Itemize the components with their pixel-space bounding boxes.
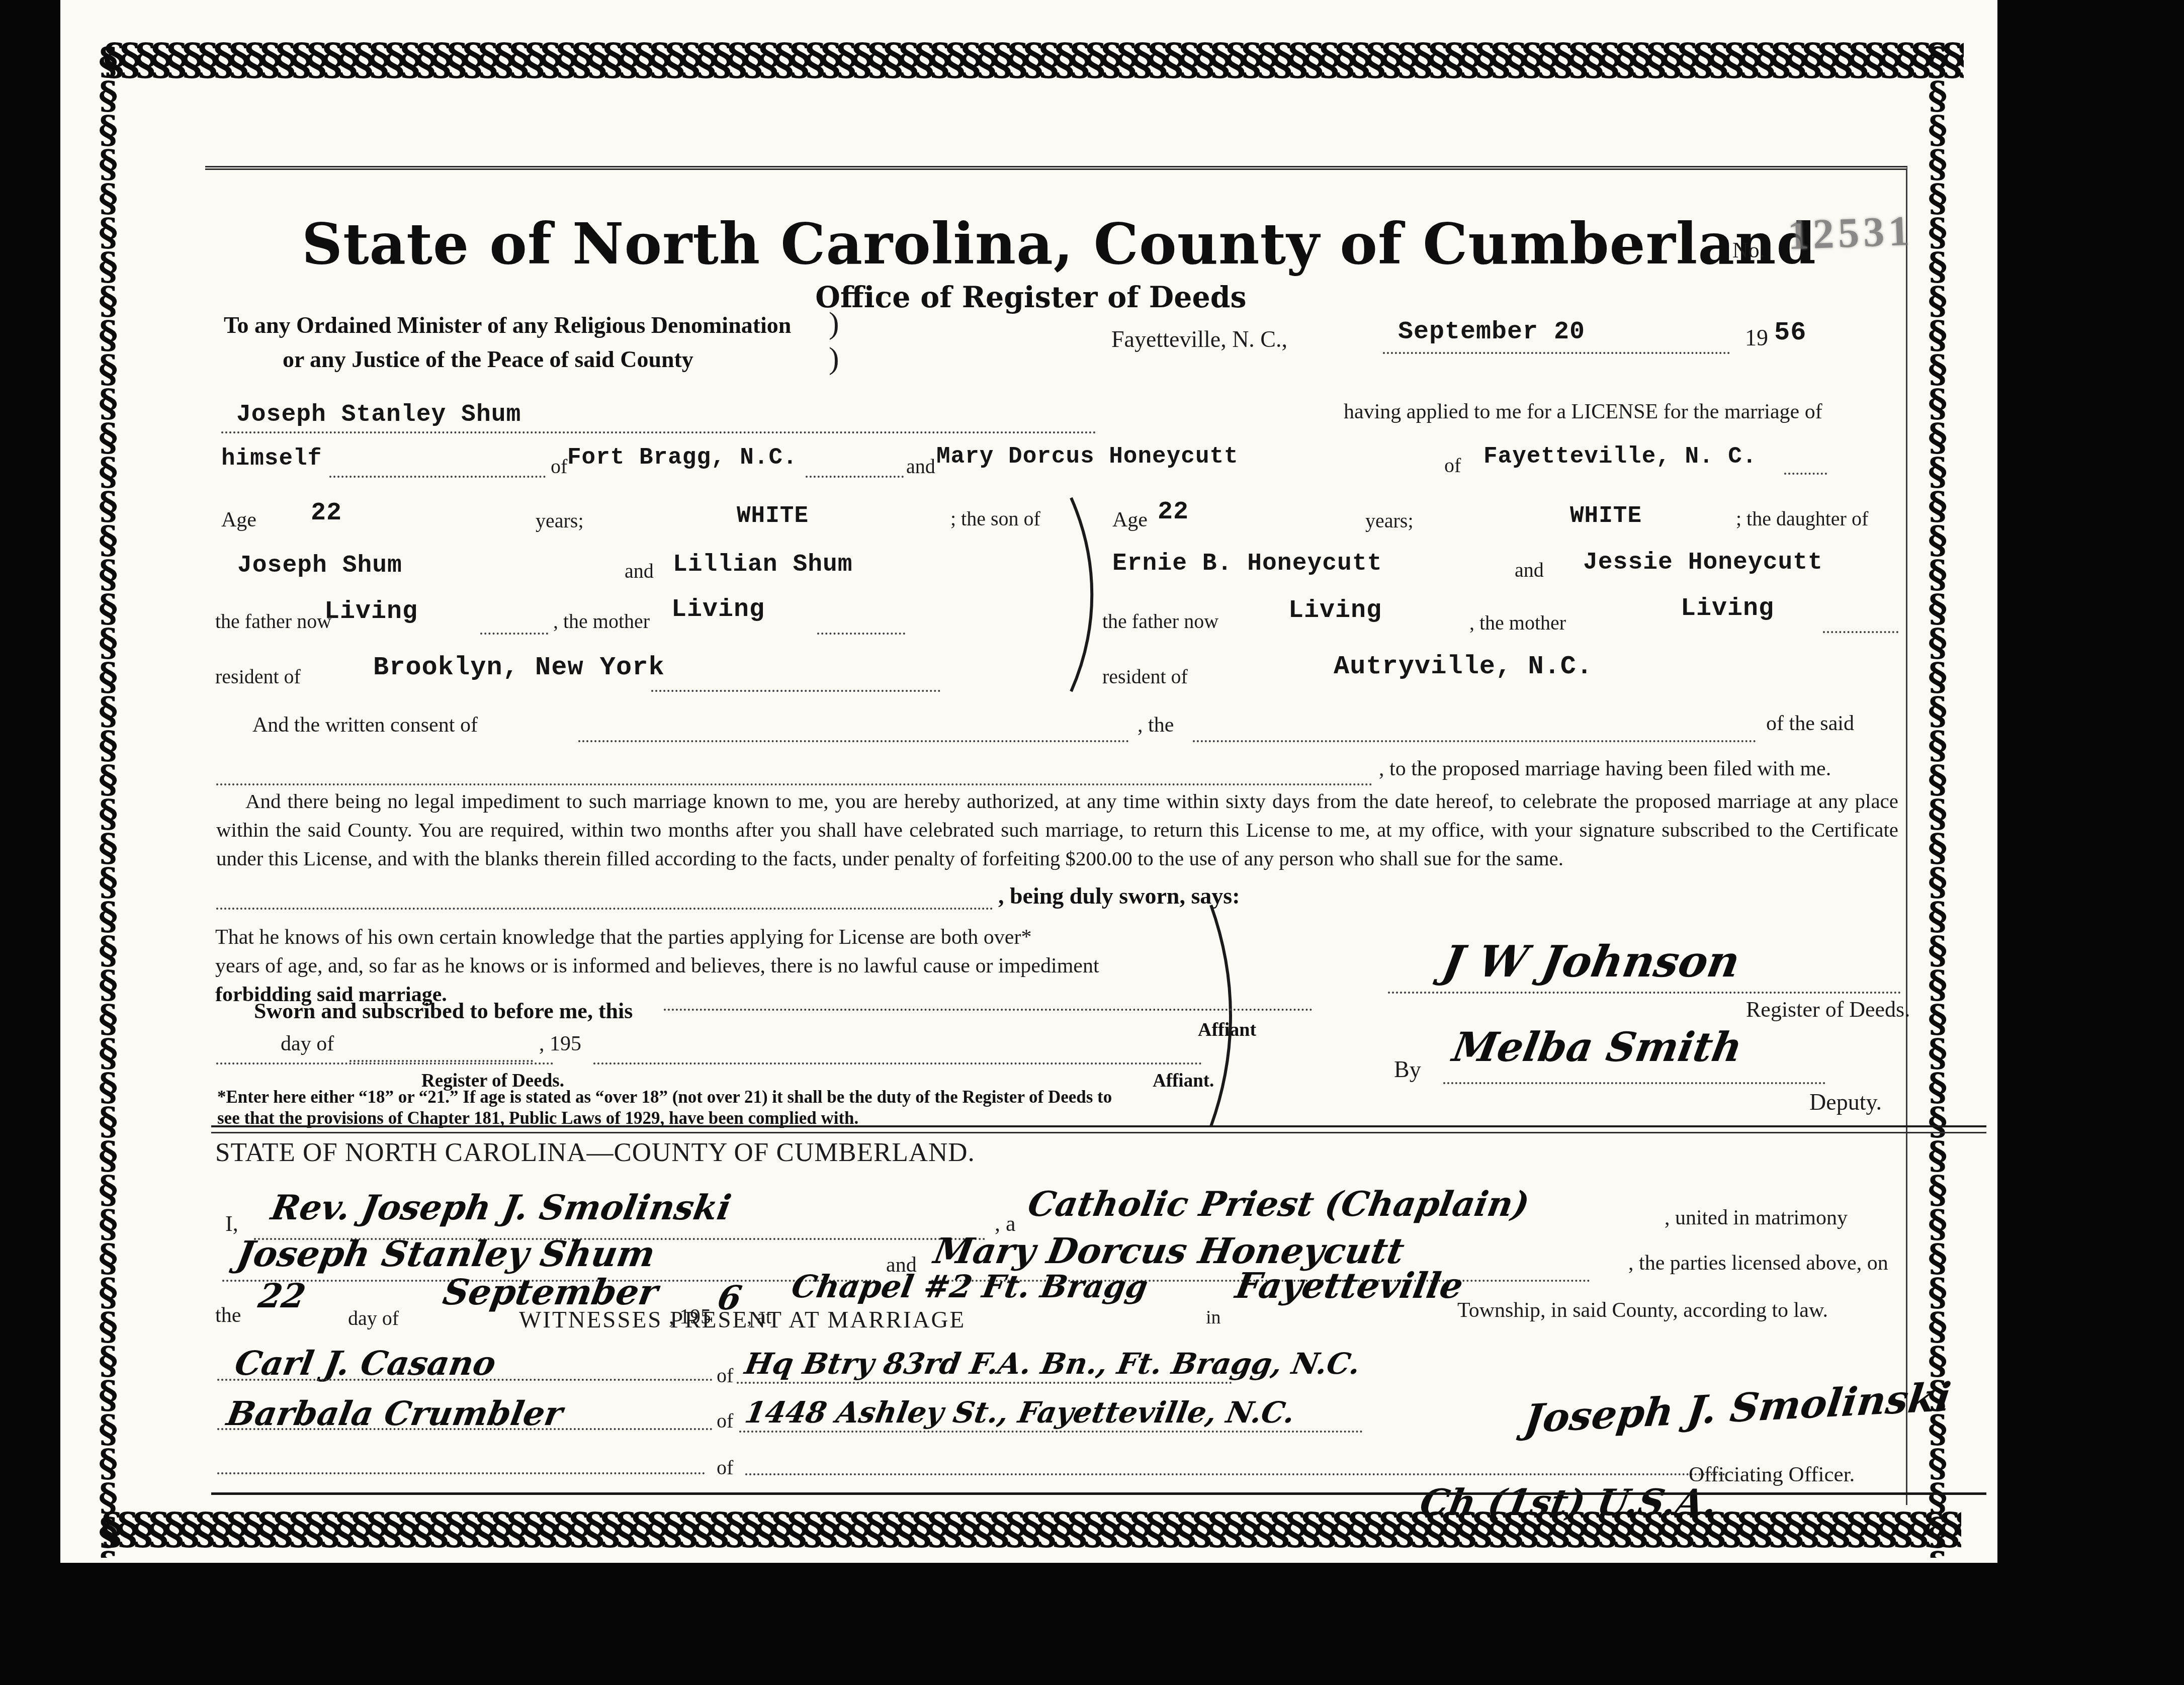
dotted-line [1388,992,1901,994]
affidavit-line2: years of age, and, so far as he knows or… [215,954,1099,978]
bride-mother-label: , the mother [1469,611,1566,635]
bride-father-now-label: the father now [1102,609,1218,633]
register-title-label: Register of Deeds. [1746,997,1910,1022]
township-label: Township, in said County, according to l… [1457,1298,1828,1322]
affidavit-brace [1207,903,1242,1129]
cert-day-of-label: day of [348,1306,399,1330]
affiant-label-2: Affiant. [1153,1070,1214,1092]
border-ornament-right: §§§§§§§§§§§§§§§§§§§§§§§§§§§§§§§§§§§§§§§§… [1910,40,1956,1558]
township-handwritten: Fayetteville [1233,1265,1466,1306]
bride-race: WHITE [1570,503,1642,529]
dotted-line [217,1379,713,1381]
dotted-line [216,1062,553,1065]
dotted-line [739,1431,1363,1433]
groom-father-name: Joseph Shum [237,552,402,579]
applicant-name: Joseph Stanley Shum [236,401,521,428]
issue-year-printed: 19 [1745,324,1768,351]
witness2-address-handwritten: 1448 Ashley St., Fayetteville, N.C. [742,1395,1297,1430]
groom-race: WHITE [737,503,809,529]
officiant-name-handwritten: Rev. Joseph J. Smolinski [268,1188,734,1228]
dotted-line [806,476,904,478]
brace-mark-2: ) [829,341,839,377]
dotted-line [817,633,905,635]
dotted-line [578,740,1129,742]
brace-mark-1: ) [829,306,839,341]
day-of-label: day of [281,1032,334,1056]
addressee-line2: or any Justice of the Peace of said Coun… [283,346,693,373]
groom-mother-name: Lillian Shum [673,551,853,578]
dotted-line [1383,352,1730,354]
certificate-heading: STATE OF NORTH CAROLINA—COUNTY OF CUMBER… [215,1137,975,1168]
groom-relation-label: ; the son of [950,507,1040,530]
groom-residence: Brooklyn, New York [373,653,665,682]
dotted-line [1193,740,1756,742]
groom-years-label: years; [536,509,584,533]
column-divider-brace [1066,495,1106,694]
groom-mother-label: , the mother [553,609,650,633]
affidavit-line1: That he knows of his own certain knowled… [215,925,1032,949]
groom-resident-label: resident of [215,665,301,688]
issue-date-monthday: September 20 [1398,318,1585,346]
bride-years-label: years; [1365,509,1414,533]
bride-age-label: Age [1112,508,1148,532]
dotted-line [350,1060,533,1062]
dotted-line [745,1473,1726,1475]
groom-father-status: Living [324,597,418,626]
deputy-label: Deputy. [1809,1089,1882,1115]
groom-and-label: and [625,559,654,583]
bride-residence: Autryville, N.C. [1334,652,1593,681]
border-ornament-left: §§§§§§§§§§§§§§§§§§§§§§§§§§§§§§§§§§§§§§§§… [80,40,127,1558]
marriage-day-handwritten: 22 [255,1276,309,1315]
footnote-line1: *Enter here either “18” or “21.” If age … [217,1086,1112,1108]
dotted-line [1443,1082,1825,1084]
the-label: the [215,1303,241,1327]
party1-name: himself [221,446,322,472]
witness1-name-handwritten: Carl J. Casano [232,1344,499,1383]
dotted-line [593,1062,1202,1065]
in-label: in [1206,1306,1221,1328]
dotted-line [329,476,546,478]
license-number-label: No. [1732,237,1765,263]
dotted-line [1823,631,1898,633]
office-subtitle: Office of Register of Deeds [679,281,1383,314]
bride-father-status: Living [1288,596,1382,625]
groom-age-label: Age [221,508,256,532]
groom-father-now-label: the father now [215,609,331,633]
bride-age: 22 [1158,498,1189,526]
bride-and-label: and [1515,558,1544,582]
sworn-says-label: , being duly sworn, says: [998,882,1240,909]
officiant-unit-handwritten: Ch (1st) U.S.A. [1417,1481,1720,1524]
section-divider-rule [211,1125,1986,1133]
dotted-line [217,1472,705,1474]
page-title: State of North Carolina, County of Cumbe… [302,211,1690,277]
affiant-label-1: Affiant [1198,1019,1256,1041]
dotted-line [480,633,548,635]
bride-relation-label: ; the daughter of [1736,507,1868,530]
bride-mother-name: Jessie Honeycutt [1583,549,1823,576]
groom-mother-status: Living [671,595,765,624]
witness3-of-label: of [717,1456,733,1479]
consent-mid: , the [1138,713,1174,737]
party1-place: Fort Bragg, N.C. [567,445,798,471]
authorization-paragraph: And there being no legal impediment to s… [216,787,1898,873]
bride-resident-label: resident of [1102,665,1188,688]
sworn-before-label: Sworn and subscribed to before me, this [254,998,633,1024]
party2-place: Fayetteville, N. C. [1483,444,1757,470]
witnesses-heading: WITNESSES PRESENT AT MARRIAGE [519,1306,966,1334]
deputy-signature: Melba Smith [1449,1023,1746,1071]
dotted-line [737,1382,1232,1384]
bride-mother-status: Living [1681,594,1774,623]
register-signature: J W Johnson [1439,936,1743,987]
issue-place: Fayetteville, N. C., [1111,326,1287,352]
issue-year-typed: 56 [1774,318,1806,347]
bottom-rule [211,1492,1986,1495]
parties-label: , the parties licensed above, on [1628,1251,1888,1275]
bride-father-name: Ernie B. Honeycutt [1112,550,1382,577]
dotted-line [216,908,993,910]
dotted-line [651,690,940,692]
border-ornament-top: §§§§§§§§§§§§§§§§§§§§§§§§§§§§§§§§§§§§§§§§… [103,38,1964,82]
dotted-line [664,1009,1313,1011]
marriage-place-handwritten: Chapel #2 Ft. Bragg [789,1268,1151,1305]
united-label: , united in matrimony [1665,1206,1848,1230]
and-label: and [906,455,935,478]
i-label: I, [225,1211,238,1236]
applied-text: having applied to me for a LICENSE for t… [1344,400,1822,424]
of-label-2: of [1444,454,1461,477]
license-number-value: 12531 [1787,207,1914,260]
party2-name: Mary Dorcus Honeycutt [936,444,1239,470]
groom-age: 22 [311,499,342,527]
witness1-of-label: of [717,1364,733,1387]
year-blank-label: , 195 [539,1032,581,1056]
consent-prefix: And the written consent of [252,713,478,737]
witness1-address-handwritten: Hq Btry 83rd F.A. Bn., Ft. Bragg, N.C. [742,1347,1363,1381]
of-label-1: of [551,455,567,478]
dotted-line [1784,473,1827,475]
consent-line2: , to the proposed marriage having been f… [1379,757,1831,781]
dotted-line [217,1428,713,1430]
officiant-title-handwritten: Catholic Priest (Chaplain) [1025,1184,1532,1224]
groom-name-handwritten: Joseph Stanley Shum [234,1233,658,1275]
dotted-line [216,783,1373,785]
dotted-line [221,431,1096,433]
consent-suffix: of the said [1766,712,1854,736]
addressee-line1: To any Ordained Minister of any Religiou… [224,312,791,338]
scanned-marriage-license: { "doc": { "no_label": "No.", "no_value"… [0,0,2184,1685]
by-label: By [1394,1056,1421,1083]
witness2-name-handwritten: Barbala Crumbler [224,1394,566,1433]
witness2-of-label: of [717,1409,733,1433]
